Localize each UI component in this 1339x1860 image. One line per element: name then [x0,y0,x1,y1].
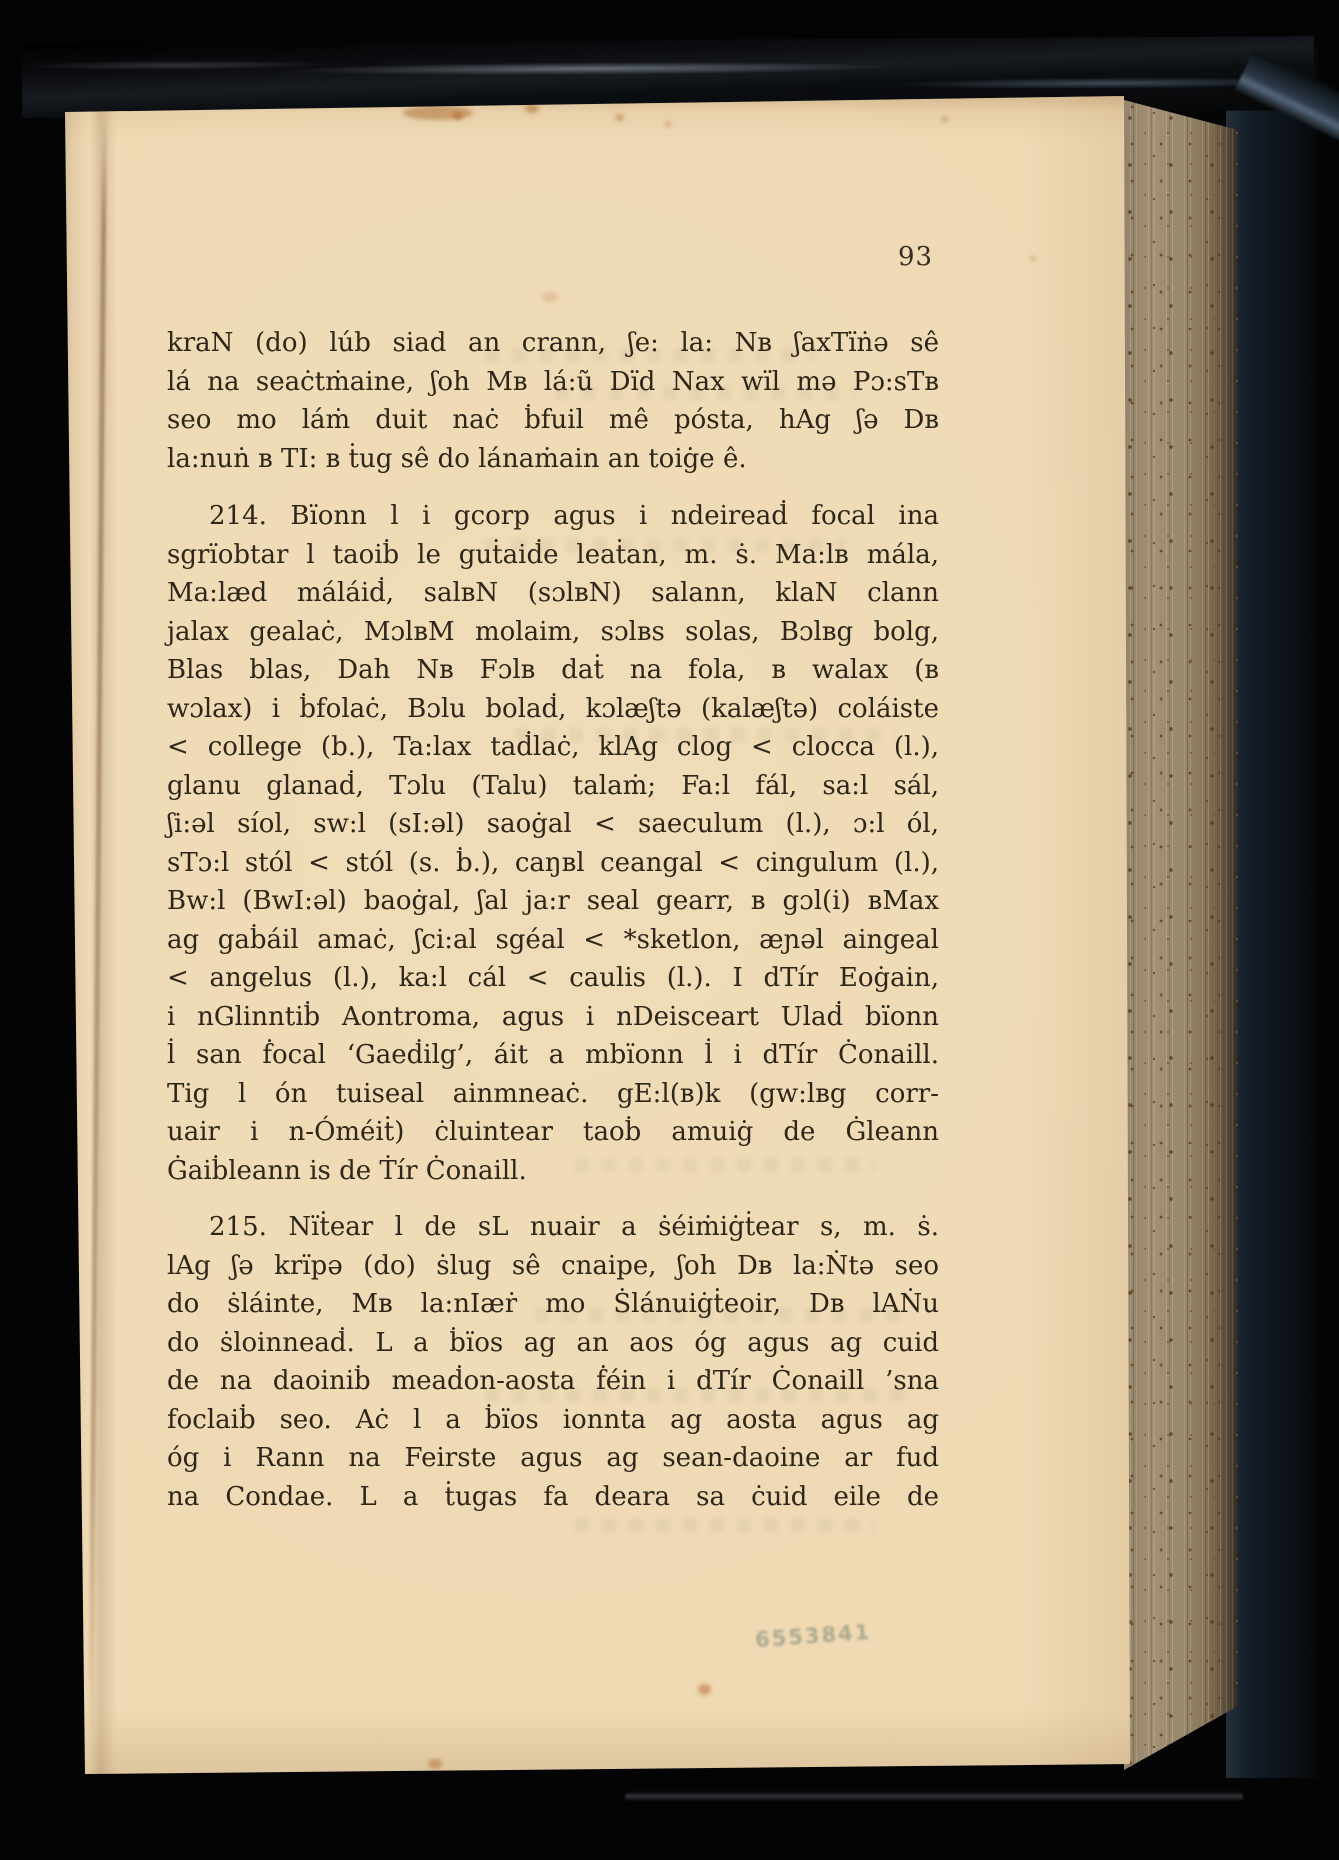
text-line: lAg ʃə krïpə (do) ṡlug sê cnaipe, ʃoh Dʙ… [167,1247,939,1286]
text-line: sgrïobtar l taoiḃ le guṫaiḋe leaṫan, m. … [167,536,939,575]
text-line: glanu glanaḋ, Tɔlu (Talu) talaṁ; Fa:l fá… [167,767,939,806]
text-line: na Condae. L a ṫugas fa deara sa ċuid ei… [167,1478,939,1517]
text-line: 215. Nïṫear l de sL nuair a ṡéiṁiġṫear s… [167,1208,939,1247]
text-line: Ma:læd máláiḋ, salʙN (sɔlʙN) salann, kla… [167,574,939,613]
foxing-spot [403,106,473,120]
text-line: ag gaḃáil amaċ, ʃci:al sgéal < *sketlon,… [167,921,939,960]
page-gutter-shadow [88,110,107,1765]
paragraph-continuation: kraN (do) lúb siad an crann, ʃe: la: Nʙ … [167,324,939,478]
text-line: la:nuṅ ʙ TI: ʙ ṫug sê do lánaṁain an toi… [167,440,939,479]
text-line: do ṡloinneaḋ. L a ḃïos ag an aos óg agus… [167,1324,939,1363]
foxing-spot [941,116,949,122]
text-line: l̇ san ḟocal ‘Gaeḋilg’, áit a mbïonn l̇ … [167,1036,939,1075]
foxing-spot [453,112,463,120]
text-line: óg i Rann na Feirste agus ag sean-daoine… [167,1439,939,1478]
paragraph-215: 215. Nïṫear l de sL nuair a ṡéiṁiġṫear s… [167,1208,939,1516]
foxing-spot [698,1684,711,1695]
book-page: 93 kraN (do) lúb siad an crann, ʃe: la: … [55,96,1130,1774]
text-line: i nGlinntiḃ Aontroma, agus i nDeisceart … [167,998,939,1037]
text-line: ʃi:əl síol, sw:l (sI:əl) saoġal < saecul… [167,805,939,844]
text-line: < college (b.), Ta:lax taḋlaċ, klAg clog… [167,728,939,767]
text-line: Bw:l (BwI:əl) baoġal, ʃal ja:r seal gear… [167,882,939,921]
text-line: Ġaiḃleann is de Ṫír Ċonaill. [167,1152,939,1191]
book-scan: 93 kraN (do) lúb siad an crann, ʃe: la: … [0,0,1339,1860]
text-line: sTɔ:l stól < stól (s. ḃ.), caŋʙl ceangal… [167,844,939,883]
text-line: jalax gealaċ, MɔlʙM molaim, sɔlʙs solas,… [167,613,939,652]
text-line: kraN (do) lúb siad an crann, ʃe: la: Nʙ … [167,324,939,363]
text-block: kraN (do) lúb siad an crann, ʃe: la: Nʙ … [167,324,939,1516]
text-line: Tig l ón tuiseal ainmneaċ. gE:l(ʙ)k (gw:… [167,1075,939,1114]
text-line: seo mo láṁ duit naċ ḃfuil mê pósta, hAg … [167,401,939,440]
book-cover-right [1226,48,1318,1778]
paragraph-214: 214. Bïonn l i gcorp agus i ndeireaḋ foc… [167,497,939,1190]
foxing-spot [665,122,671,127]
text-line: 214. Bïonn l i gcorp agus i ndeireaḋ foc… [167,497,939,536]
text-line: uair i n-Óméiṫ) ċluintear taoḃ amuiġ de … [167,1113,939,1152]
library-stamp: 6553841 [754,1620,872,1652]
text-line: de na daoiniḃ meaḋon-aosta ḟéin i dTír Ċ… [167,1362,939,1401]
page-number: 93 [898,242,968,272]
foxing-spot [615,114,624,121]
text-line: do ṡláinte, Mʙ la:nIæṙ mo Ṡlánuiġṫeoir, … [167,1285,939,1324]
foxing-spot [1030,256,1036,261]
show-through [575,1518,875,1532]
foxing-spot [542,292,558,302]
text-line: < angelus (l.), ka:l cál < caulis (l.). … [167,959,939,998]
text-line: Blas blas, Dah Nʙ Fɔlʙ daṫ na fola, ʙ wa… [167,651,939,690]
page-stack-fore-edge [1124,96,1238,1774]
text-line: lá na seaċtṁaine, ʃoh Mʙ lá:ũ Dïd Nax wï… [167,363,939,402]
foxing-spot [525,104,539,113]
text-line: foclaiḃ seo. Aċ l a ḃïos ionnta ag aosta… [167,1401,939,1440]
cover-bottom-highlight [625,1792,1243,1801]
foxing-spot [428,1759,442,1769]
text-line: wɔlax) i ḃfolaċ, Bɔlu bolaḋ, kɔlæʃtə (ka… [167,690,939,729]
